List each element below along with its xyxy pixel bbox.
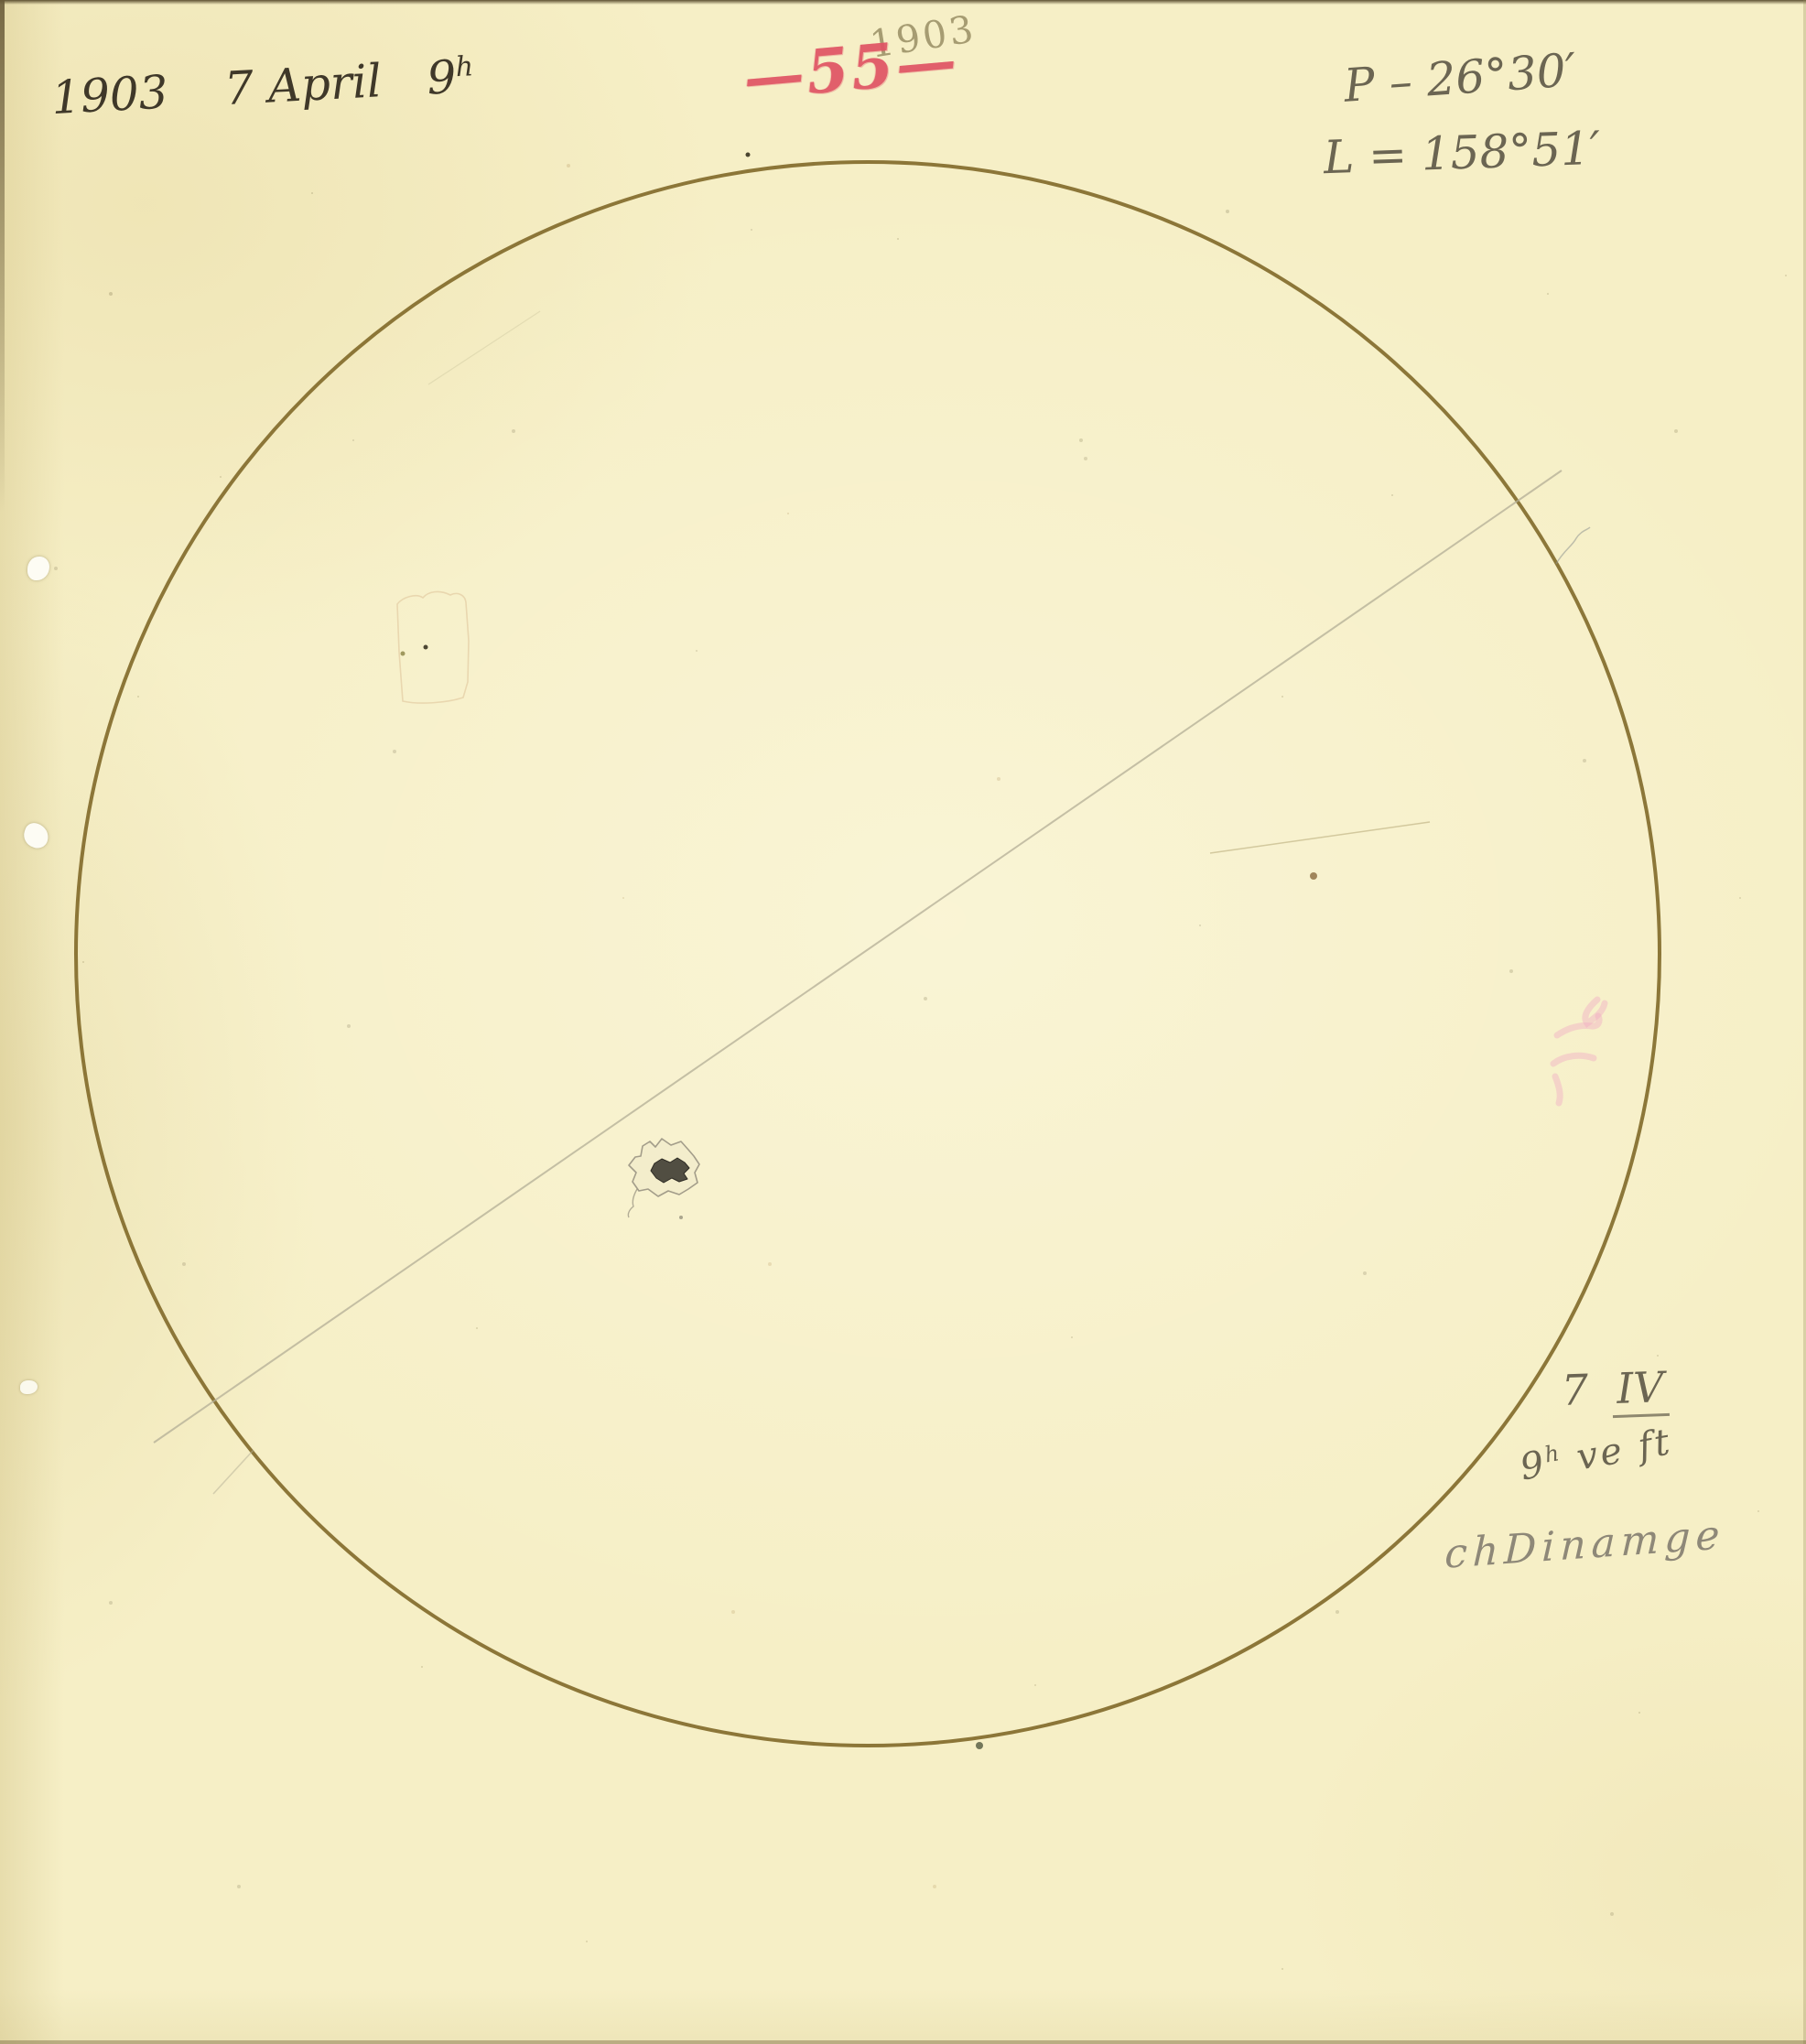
logbook-page: 1903 7 April 9h 1903 —55— P – 26°30′ L =… — [0, 0, 1806, 2044]
note-time-superscript: h — [1542, 1440, 1563, 1468]
sunspot-appendage — [628, 1189, 637, 1217]
ink-speck — [746, 153, 751, 157]
solar-disk-outline — [76, 162, 1660, 1746]
sunspot-group — [628, 1139, 699, 1219]
ink-speck — [1310, 872, 1317, 880]
date-hour: 9h — [426, 49, 475, 105]
ghost-rectangle-offset — [397, 591, 469, 703]
note-day: 7 — [1561, 1365, 1589, 1415]
observation-day-note: 7IV — [1561, 1362, 1670, 1420]
pencil-faint-scratch — [428, 311, 540, 384]
paper-crease — [1210, 822, 1430, 853]
note-month-roman: IV — [1611, 1362, 1669, 1418]
ink-speck — [424, 645, 428, 650]
hour-superscript: h — [455, 50, 474, 83]
date-day-month: 7 April — [223, 54, 384, 115]
solar-disk-drawing — [0, 0, 1806, 2044]
pencil-short-stroke — [213, 1450, 254, 1494]
sunspot-speck — [679, 1216, 683, 1219]
longitude-note: L = 158°51′ — [1323, 122, 1601, 185]
pink-crayon-smudge — [1553, 1000, 1605, 1103]
paper-fiber — [1556, 527, 1590, 564]
ink-speck — [401, 652, 406, 656]
pencil-diagonal-line — [154, 470, 1562, 1443]
date-year: 1903 — [50, 65, 169, 124]
ink-speck — [976, 1742, 983, 1749]
